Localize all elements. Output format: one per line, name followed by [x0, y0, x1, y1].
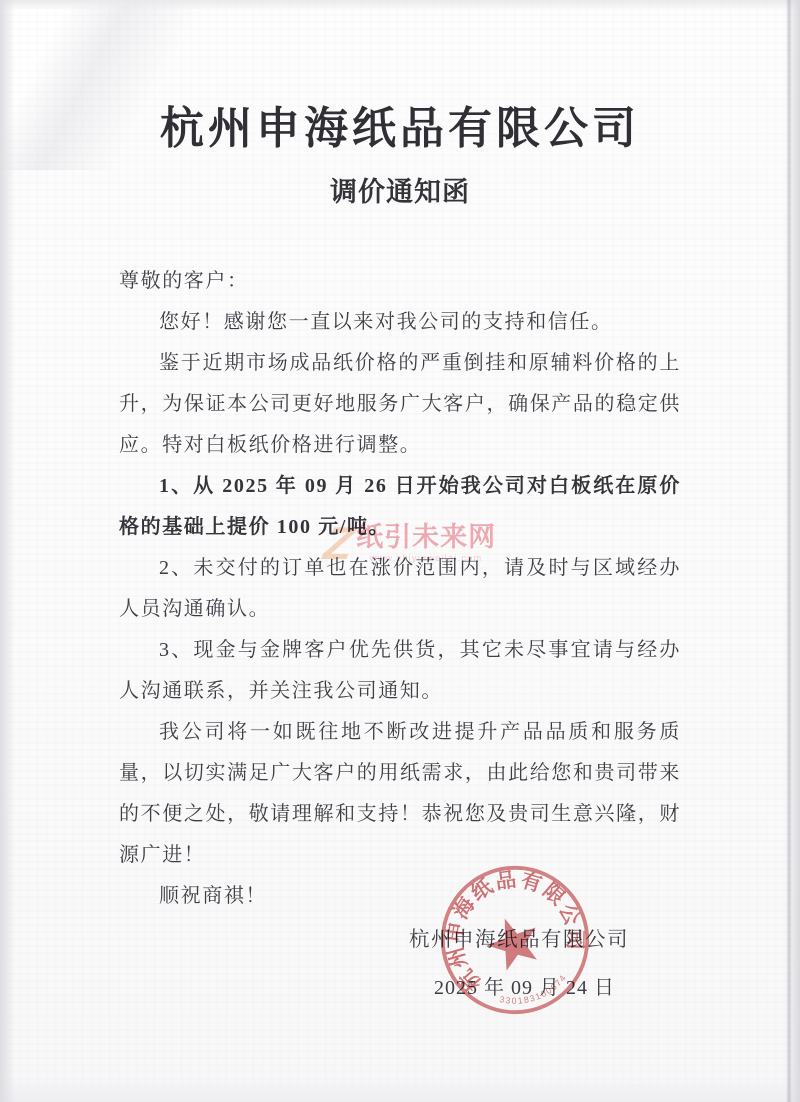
- company-title: 杭州申海纸品有限公司: [0, 92, 800, 156]
- paragraph-priority-supply: 3、现金与金牌客户优先供货，其它未尽事宜请与经办人沟通联系，并关注我公司通知。: [119, 630, 681, 712]
- document-photo: { "header": { "company": "杭州申海纸品有限公司", "…: [0, 0, 800, 1102]
- letter-page: 杭州申海纸品有限公司 调价通知函 尊敬的客户： 您好！感谢您一直以来对我公司的支…: [0, 0, 800, 1102]
- paragraph-greeting: 您好！感谢您一直以来对我公司的支持和信任。: [119, 302, 681, 343]
- paragraph-commitment: 我公司将一如既往地不断改进提升产品品质和服务质量，以切实满足广大客户的用纸需求，…: [119, 712, 681, 876]
- letter-content: 杭州申海纸品有限公司 调价通知函 尊敬的客户： 您好！感谢您一直以来对我公司的支…: [0, 0, 800, 1102]
- closing-wishes: 顺祝商祺！: [119, 876, 681, 917]
- paragraph-price-increase: 1、从 2025 年 09 月 26 日开始我公司对白板纸在原价格的基础上提价 …: [119, 466, 681, 548]
- seal-star-icon: [480, 910, 546, 974]
- paragraph-undelivered-orders: 2、未交付的订单也在涨价范围内，请及时与区域经办人员沟通确认。: [119, 548, 681, 630]
- paragraph-background: 鉴于近期市场成品纸价格的严重倒挂和原辅料价格的上升，为保证本公司更好地服务广大客…: [119, 343, 681, 466]
- salutation: 尊敬的客户：: [119, 261, 681, 302]
- letter-body: 尊敬的客户： 您好！感谢您一直以来对我公司的支持和信任。 鉴于近期市场成品纸价格…: [119, 261, 681, 917]
- letter-title: 调价通知函: [0, 170, 800, 209]
